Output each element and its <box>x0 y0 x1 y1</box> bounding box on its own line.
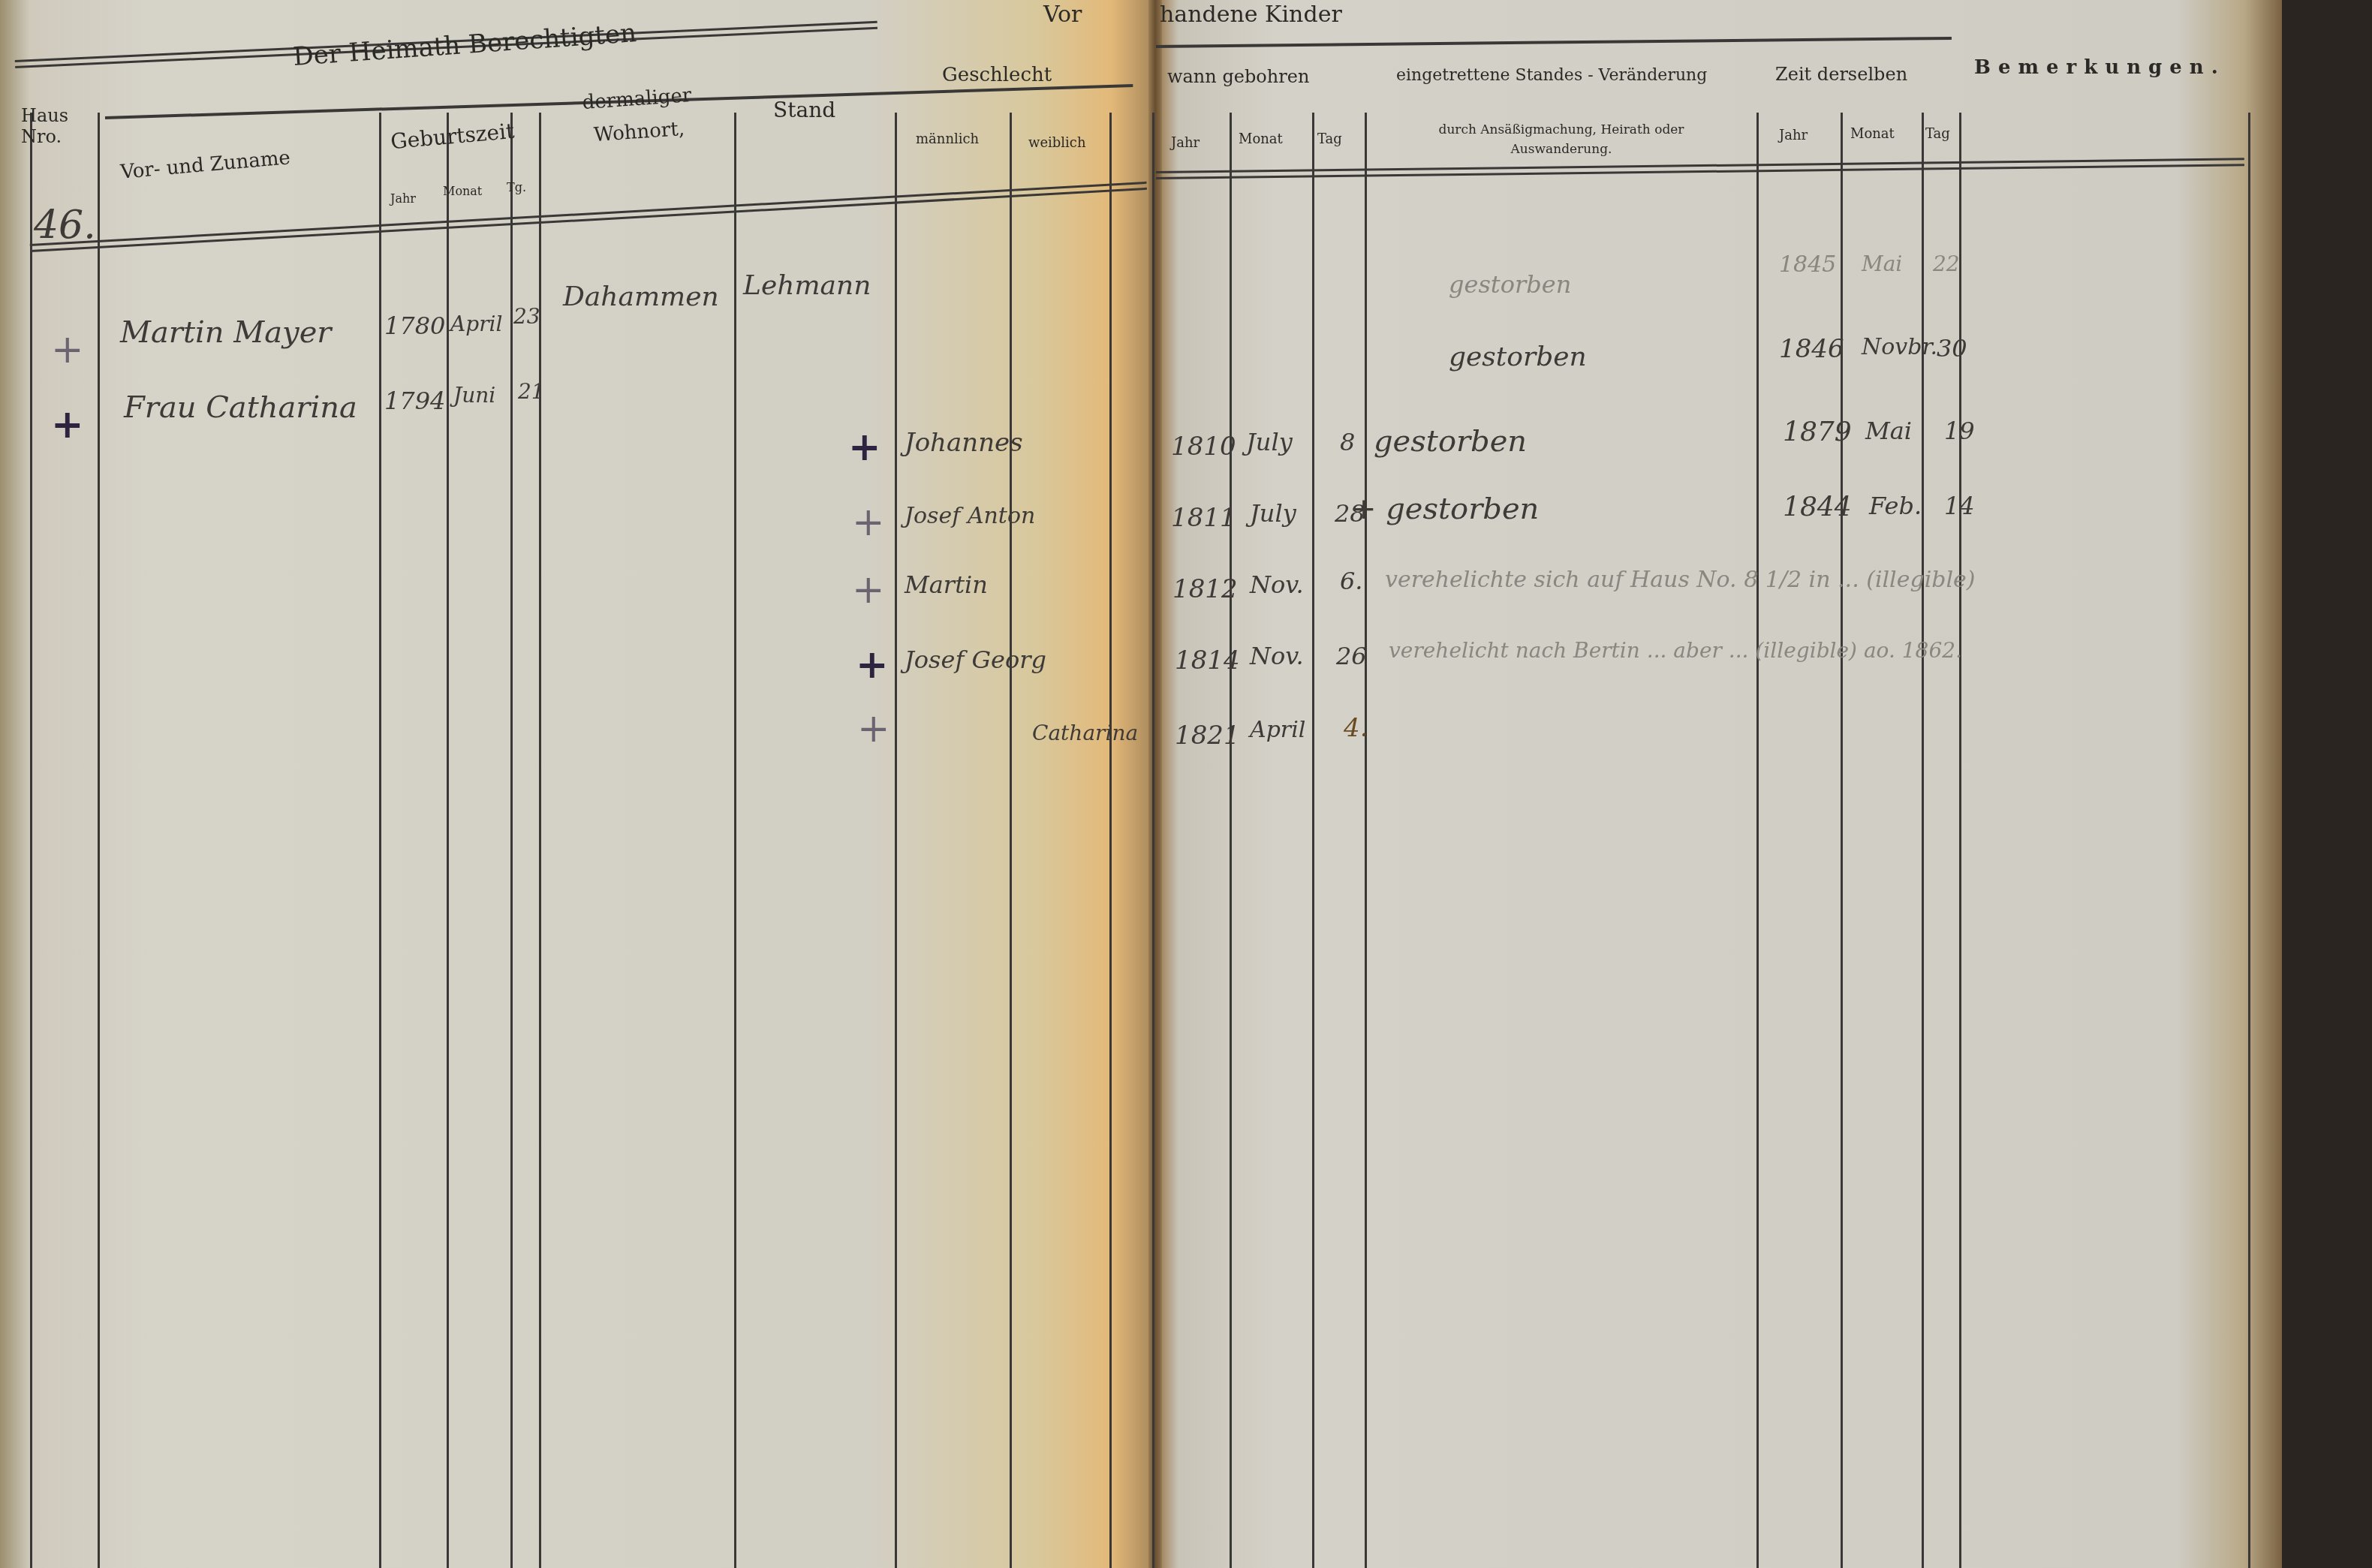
child-name: Catharina <box>1032 721 1138 745</box>
child-event: verehelicht nach Bertin ... aber ... (il… <box>1389 638 1962 663</box>
parent-event-month: Novbr. <box>1862 334 1937 360</box>
col-rule <box>1841 113 1843 1568</box>
parent-event-day: 22 <box>1933 251 1960 276</box>
person-birth-month: Juni <box>453 383 495 408</box>
deceased-cross-icon: + <box>51 330 84 369</box>
child-birth-month: Nov. <box>1250 642 1304 670</box>
open-ledger: Der Heimath Berechtigten Haus Nro. Vor- … <box>0 0 2282 1568</box>
col-rule <box>734 113 736 1568</box>
header-wann-gebohren: wann gebohren <box>1167 66 1309 87</box>
child-birth-year: 1811 <box>1171 503 1236 533</box>
deceased-cross-icon: + <box>51 405 84 444</box>
child-event-month: Mai <box>1865 417 1912 445</box>
col-rule <box>1010 113 1012 1568</box>
header-bottom-double-rule-left <box>30 182 1147 252</box>
col-rule <box>379 113 381 1568</box>
col-rule <box>895 113 897 1568</box>
header-geboren-monat: Monat <box>1239 131 1283 147</box>
child-name: Martin <box>905 570 988 599</box>
header-bemerkungen: Bemerkungen. <box>1974 56 2226 79</box>
header-geburtszeit: Geburtszeit <box>390 119 516 154</box>
person-birth-day: 23 <box>513 304 540 329</box>
header-zeit-tag: Tag <box>1925 126 1950 142</box>
person-name: Frau Catharina <box>124 390 357 425</box>
child-birth-day: 8 <box>1340 428 1355 456</box>
col-rule <box>1312 113 1314 1568</box>
child-name: Josef Georg <box>905 646 1046 674</box>
col-rule <box>510 113 513 1568</box>
child-birth-year: 1814 <box>1175 646 1240 676</box>
person-birth-year: 1780 <box>384 311 445 340</box>
title-fragment-vor: Vor <box>1043 2 1082 28</box>
book-gutter <box>1148 0 1162 1568</box>
header-name: Vor- und Zuname <box>119 146 291 184</box>
child-event: verehelichte sich auf Haus No. 8 1/2 in … <box>1385 567 1976 593</box>
header-wohnort: dermaliger Wohnort, <box>568 78 708 153</box>
person-birth-year: 1794 <box>384 387 445 415</box>
header-geboren-tag: Tag <box>1317 131 1342 147</box>
person-birth-month: April <box>450 311 502 336</box>
header-zeit-derselben: Zeit derselben <box>1775 64 1907 85</box>
col-rule <box>539 113 541 1568</box>
parent-event-year: 1845 <box>1779 251 1836 278</box>
section-title-heimath: Der Heimath Berechtigten <box>292 18 637 72</box>
child-birth-month: April <box>1250 717 1305 743</box>
person-wohnort: Dahammen <box>563 281 719 312</box>
child-birth-day: 4. <box>1344 713 1368 743</box>
header-veraenderung-sub: durch Ansäßigmachung, Heirath oder Auswa… <box>1396 120 1726 159</box>
child-name: Josef Anton <box>905 503 1035 529</box>
parent-event-year: 1846 <box>1779 334 1844 364</box>
parent-event: gestorben <box>1449 270 1571 299</box>
header-stand: Stand <box>773 98 835 122</box>
child-event-year: 1879 <box>1783 417 1852 447</box>
col-rule <box>1152 113 1154 1568</box>
person-name: Martin Mayer <box>120 315 331 350</box>
col-rule <box>1365 113 1367 1568</box>
parent-event: gestorben <box>1449 342 1587 372</box>
child-name: Johannes <box>905 428 1023 458</box>
deceased-cross-icon: + <box>852 570 885 609</box>
person-stand: Lehmann <box>743 270 871 301</box>
header-rule-right <box>1156 37 1952 48</box>
parent-event-month: Mai <box>1862 251 1902 276</box>
deceased-cross-icon: + <box>857 709 890 748</box>
deceased-cross-icon: + <box>852 503 885 542</box>
header-maennlich: männlich <box>916 131 979 147</box>
child-event-day: 19 <box>1944 417 1975 445</box>
header-bottom-double-rule-right <box>1156 158 2244 179</box>
child-event-year: 1844 <box>1783 492 1852 522</box>
col-rule <box>2248 113 2250 1568</box>
col-rule <box>447 113 449 1568</box>
col-rule <box>1922 113 1924 1568</box>
house-number: 46. <box>34 203 96 248</box>
header-veraenderung: eingetrettene Standes - Veränderung <box>1396 66 1707 85</box>
header-weiblich: weiblich <box>1028 135 1086 151</box>
header-geb-jahr: Jahr <box>390 191 416 206</box>
col-rule <box>30 113 32 1568</box>
child-birth-year: 1810 <box>1171 432 1236 462</box>
header-zeit-monat: Monat <box>1850 126 1895 142</box>
header-geb-monat: Monat <box>443 184 482 198</box>
header-haus-nro: Haus Nro. <box>21 105 89 147</box>
child-birth-month: July <box>1246 428 1293 456</box>
col-rule <box>98 113 100 1568</box>
child-event-day: 14 <box>1944 492 1975 520</box>
child-birth-year: 1812 <box>1172 574 1238 604</box>
header-geschlecht: Geschlecht <box>942 64 1052 86</box>
child-event: + gestorben <box>1351 492 1539 526</box>
child-birth-month: Nov. <box>1250 570 1304 599</box>
child-birth-day: 26 <box>1336 642 1367 670</box>
deceased-cross-icon: + <box>848 428 881 467</box>
child-birth-year: 1821 <box>1175 721 1240 751</box>
col-rule <box>1756 113 1759 1568</box>
section-title-kinder: handene Kinder <box>1160 2 1342 28</box>
header-geboren-jahr: Jahr <box>1171 135 1200 151</box>
child-birth-day: 6. <box>1340 567 1363 595</box>
child-birth-month: July <box>1250 499 1296 528</box>
child-event-month: Feb. <box>1869 492 1922 520</box>
header-zeit-jahr: Jahr <box>1779 128 1808 143</box>
col-rule <box>1959 113 1961 1568</box>
child-event: gestorben <box>1374 424 1527 459</box>
col-rule <box>1109 113 1112 1568</box>
col-rule <box>1230 113 1232 1568</box>
header-geb-tag: Tg. <box>507 180 526 194</box>
person-birth-day: 21 <box>518 379 545 404</box>
deceased-cross-icon: + <box>856 646 889 685</box>
parent-event-day: 30 <box>1937 334 1967 363</box>
